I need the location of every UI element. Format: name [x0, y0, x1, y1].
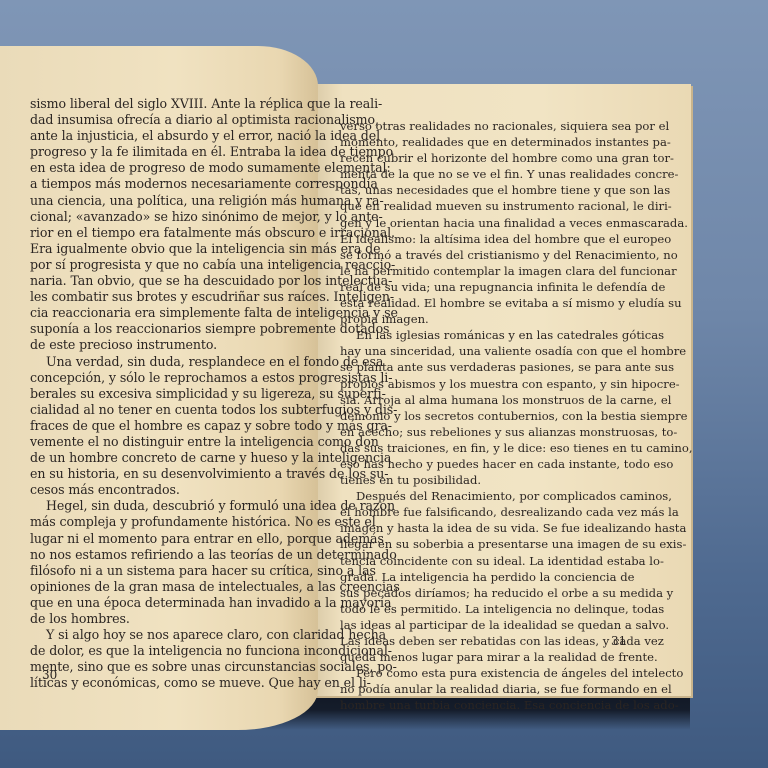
text-line: una ciencia, una política, una religión … — [30, 193, 330, 209]
text-line: naria. Tan obvio, que se ha descuidado p… — [30, 273, 330, 289]
text-line: hay una sinceridad, una valiente osadía … — [340, 343, 623, 359]
text-line: llegar en su soberbia a presentarse una … — [340, 536, 623, 552]
text-line: de este precioso instrumento. — [30, 337, 330, 353]
text-line: en esta idea de progreso de modo sumamen… — [30, 160, 330, 176]
text-line: cia reaccionaria era simplemente falta d… — [30, 305, 330, 321]
text-line: opiniones de la gran masa de intelectual… — [30, 579, 330, 595]
right-page-text: verso otras realidades no racionales, si… — [340, 118, 623, 713]
text-line: progreso y la fe ilimitada en él. Entrab… — [30, 144, 330, 160]
text-line: en su historia, en su desenvolvimiento a… — [30, 466, 330, 482]
text-line: cialidad al no tener en cuenta todos los… — [30, 402, 330, 418]
text-line: le ha permitido contemplar la imagen cla… — [340, 263, 623, 279]
text-line: las ideas al participar de la idealidad … — [340, 617, 623, 633]
text-line: imagen y hasta la idea de su vida. Se fu… — [340, 520, 623, 536]
text-line: esta realidad. El hombre se evitaba a sí… — [340, 295, 623, 311]
text-line: ante la injusticia, el absurdo y el erro… — [30, 128, 330, 144]
text-line: no podía anular la realidad diaria, se f… — [340, 681, 623, 697]
text-line: El idealismo: la altísima idea del hombr… — [340, 231, 623, 247]
text-line: propios abismos y los muestra con espant… — [340, 376, 623, 392]
text-line: mente, sino que es sobre unas circunstan… — [30, 659, 330, 675]
text-line: rior en el tiempo era fatalmente más obs… — [30, 225, 330, 241]
text-line: verso otras realidades no racionales, si… — [340, 118, 623, 134]
text-line: tas, unas necesidades que el hombre tien… — [340, 182, 623, 198]
text-line: que en realidad mueven su instrumento ra… — [340, 198, 623, 214]
text-line: más compleja y profundamente histórica. … — [30, 514, 330, 530]
text-line: das sus traiciones, en fin, y le dice: e… — [340, 440, 623, 456]
text-line: no nos estamos refiriendo a las teorías … — [30, 547, 330, 563]
page-number-right: 31 — [611, 634, 626, 648]
text-line: de los hombres. — [30, 611, 330, 627]
text-line: concepción, y sólo le reprochamos a esto… — [30, 370, 330, 386]
text-line: tencia coincidente con su ideal. La iden… — [340, 553, 623, 569]
text-line: de un hombre concreto de carne y hueso y… — [30, 450, 330, 466]
text-line: a tiempos más modernos necesariamente co… — [30, 176, 330, 192]
text-line: grada. La inteligencia ha perdido la con… — [340, 569, 623, 585]
text-line: filósofo ni a un sistema para hacer su c… — [30, 563, 330, 579]
text-line: Pero como esta pura existencia de ángele… — [340, 665, 623, 681]
text-line: Y si algo hoy se nos aparece claro, con … — [30, 627, 330, 643]
text-line: berales su excesiva simplicidad y su lig… — [30, 386, 330, 402]
text-line: Una verdad, sin duda, resplandece en el … — [30, 354, 330, 370]
page-number-left: 30 — [42, 668, 57, 682]
text-line: el hombre fue falsificando, desrealizand… — [340, 504, 623, 520]
text-line: lugar ni el momento para entrar en ello,… — [30, 531, 330, 547]
text-line: momento, realidades que en determinados … — [340, 134, 623, 150]
text-line: fraces de que el hombre es capaz y sobre… — [30, 418, 330, 434]
text-line: todo le es permitido. La inteligencia no… — [340, 601, 623, 617]
text-line: en acecho; sus rebeliones y sus alianzas… — [340, 424, 623, 440]
text-line: gen y le orientan hacia una finalidad a … — [340, 215, 623, 231]
text-line: hombre una turbia conciencia. Esa concie… — [340, 697, 623, 713]
text-line: suponía a los reaccionarios siempre pobr… — [30, 321, 330, 337]
text-line: menta de la que no se ve el fin. Y unas … — [340, 166, 623, 182]
text-line: Las ideas deben ser rebatidas con las id… — [340, 633, 623, 649]
text-line: líticas y económicas, como se mueve. Que… — [30, 675, 330, 691]
text-line: Hegel, sin duda, descubrió y formuló una… — [30, 498, 330, 514]
text-line: dad insumisa ofrecía a diario al optimis… — [30, 112, 330, 128]
text-line: les combatir sus brotes y escudriñar sus… — [30, 289, 330, 305]
text-line: propia imagen. — [340, 311, 623, 327]
text-line: queda menos lugar para mirar a la realid… — [340, 649, 623, 665]
text-line: cional; «avanzado» se hizo sinónimo de m… — [30, 209, 330, 225]
text-line: eso has hecho y puedes hacer en cada ins… — [340, 456, 623, 472]
text-line: Después del Renacimiento, por complicado… — [340, 488, 623, 504]
text-line: En las iglesias románicas y en las cated… — [340, 327, 623, 343]
text-line: sía. Arroja al alma humana los monstruos… — [340, 392, 623, 408]
text-line: real de su vida; una repugnancia infinit… — [340, 279, 623, 295]
text-line: vemente el no distinguir entre la inteli… — [30, 434, 330, 450]
left-page-text: sismo liberal del siglo XVIII. Ante la r… — [30, 96, 330, 691]
text-line: recen cubrir el horizonte del hombre com… — [340, 150, 623, 166]
text-line: demonio y los secretos contubernios, con… — [340, 408, 623, 424]
text-line: que en una época determinada han invadid… — [30, 595, 330, 611]
text-line: cesos más encontrados. — [30, 482, 330, 498]
text-line: Era igualmente obvio que la inteligencia… — [30, 241, 330, 257]
text-line: sismo liberal del siglo XVIII. Ante la r… — [30, 96, 330, 112]
text-line: tienes en tu posibilidad. — [340, 472, 623, 488]
text-line: se planta ante sus verdaderas pasiones, … — [340, 359, 623, 375]
text-line: de dolor, es que la inteligencia no func… — [30, 643, 330, 659]
text-line: por sí progresista y que no cabía una in… — [30, 257, 330, 273]
text-line: sus pecados diríamos; ha reducido el orb… — [340, 585, 623, 601]
text-line: se formó a través del cristianismo y del… — [340, 247, 623, 263]
